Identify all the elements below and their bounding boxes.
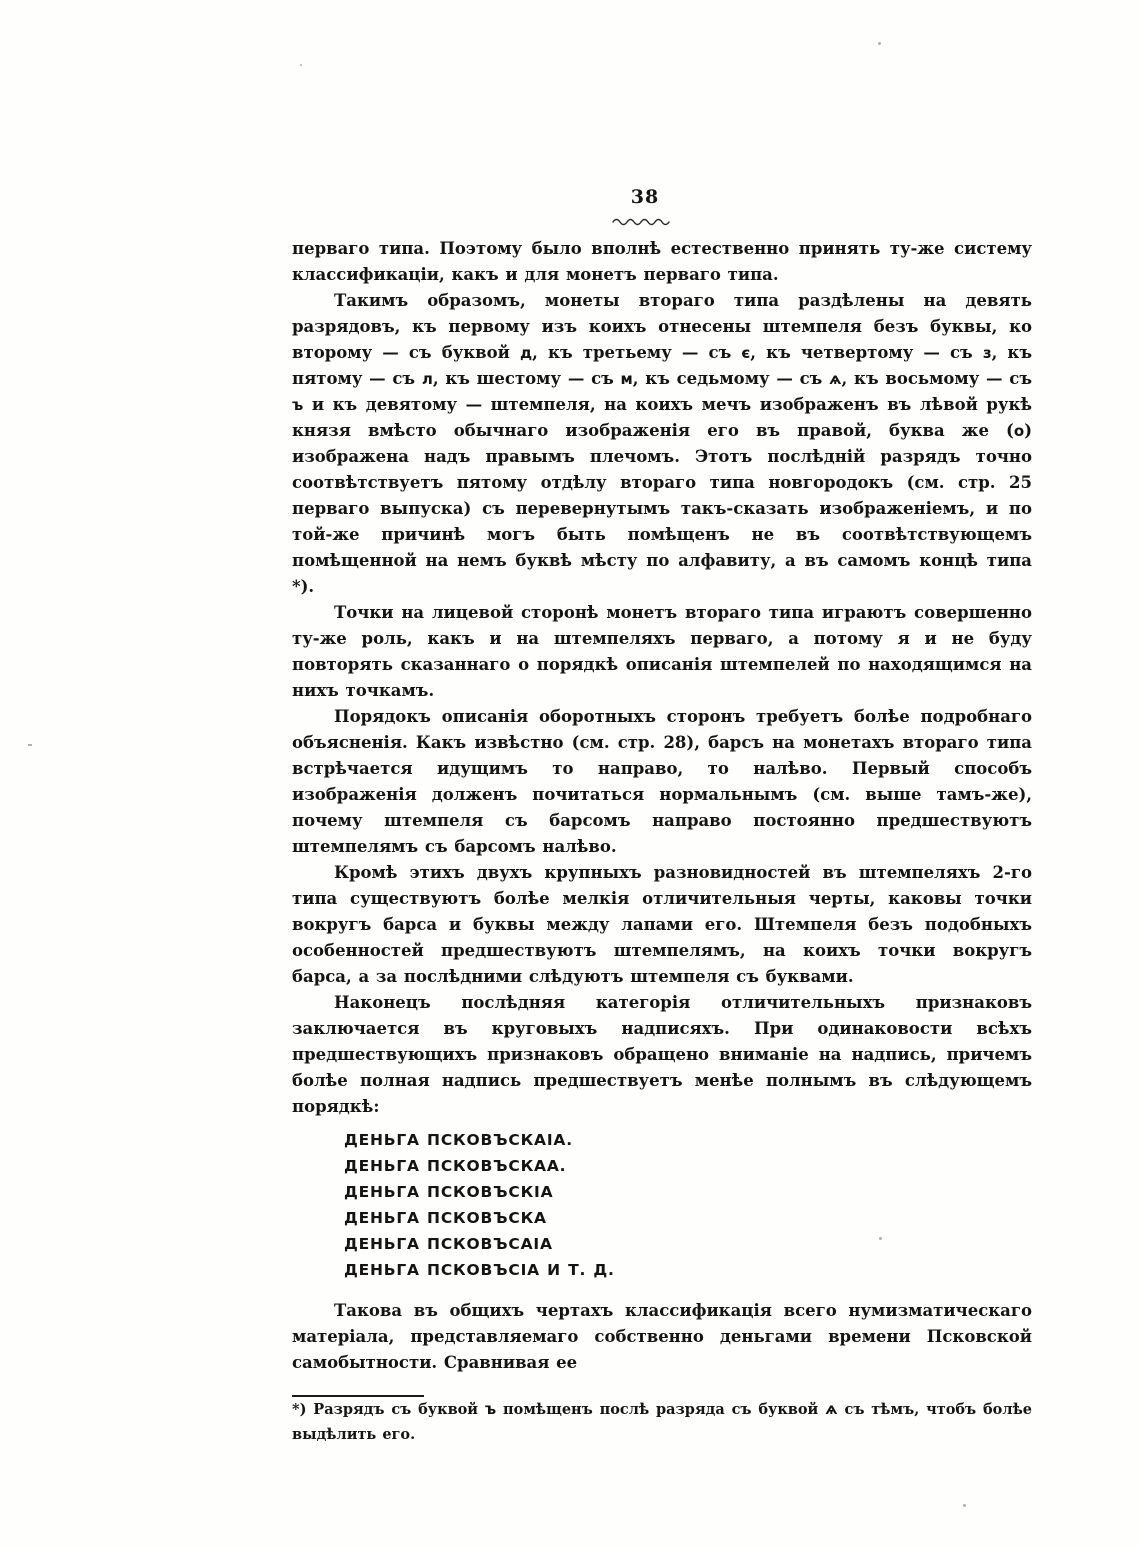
text-run: , къ шестому — съ [433,369,621,388]
footnote: *) Разрядъ съ буквой ъ помѣщенъ послѣ ра… [292,1397,1032,1447]
coin-letter: ѧ [825,1400,837,1418]
coin-legend-list: ДЕНЬГА ПСКОВЪСКАІА.ДЕНЬГА ПСКОВЪСКАА.ДЕН… [344,1127,1032,1283]
coin-letter: о [1014,422,1024,440]
text-run: ) изображена надъ правымъ плечомъ. Этотъ… [292,421,1032,596]
text-run: , къ седьмому — съ [633,369,829,388]
coin-letter: є [741,344,750,362]
paragraph: Порядокъ описанія оборотныхъ сторонъ тре… [292,704,1032,860]
list-item: ДЕНЬГА ПСКОВЪСКАА. [344,1153,1032,1179]
coin-letter: з [983,344,992,362]
scan-speckle [963,1504,966,1507]
text-run: *) Разрядъ съ буквой [292,1401,485,1418]
scan-speckle [28,744,32,746]
paragraph: перваго типа. Поэтому было вполнѣ естест… [292,236,1032,288]
list-item: ДЕНЬГА ПСКОВЪСІА И Т. Д. [344,1257,1032,1283]
ornament-squiggle-icon [612,211,674,230]
coin-letter: ѧ [829,370,841,388]
list-item: ДЕНЬГА ПСКОВЪСКАІА. [344,1127,1032,1153]
coin-letter: ъ [292,396,303,414]
scan-speckle [878,42,881,45]
coin-letter: ъ [485,1400,496,1418]
list-item: ДЕНЬГА ПСКОВЪСКІА [344,1179,1032,1205]
text-run: и къ девятому — штемпеля, на коихъ мечъ … [292,395,1032,440]
text-run: , къ третьему — съ [532,343,741,362]
paragraph: Точки на лицевой сторонѣ монетъ втораго … [292,600,1032,704]
coin-letter: д [520,344,532,362]
book-page: 38 перваго типа. Поэтому было вполнѣ ест… [0,0,1140,1548]
scan-speckle [879,1237,882,1240]
page-number: 38 [275,186,1015,208]
list-item: ДЕНЬГА ПСКОВЪСКА [344,1205,1032,1231]
list-item: ДЕНЬГА ПСКОВЪСАІА [344,1231,1032,1257]
paragraph: Кромѣ этихъ двухъ крупныхъ разновидносте… [292,860,1032,990]
paragraph: Такова въ общихъ чертахъ классификація в… [292,1298,1032,1376]
paragraph: Наконецъ послѣдняя категорія отличительн… [292,990,1032,1120]
scan-speckle [300,64,302,66]
text-run: помѣщенъ послѣ разряда съ буквой [496,1401,825,1418]
text-run: , къ четвертому — съ [750,343,983,362]
text-column: перваго типа. Поэтому было вполнѣ естест… [292,236,1032,1447]
paragraph: Такимъ образомъ, монеты втораго типа раз… [292,288,1032,600]
coin-letter: м [621,370,633,388]
coin-letter: л [422,370,433,388]
text-run: , къ восьмому — съ [842,369,1032,388]
